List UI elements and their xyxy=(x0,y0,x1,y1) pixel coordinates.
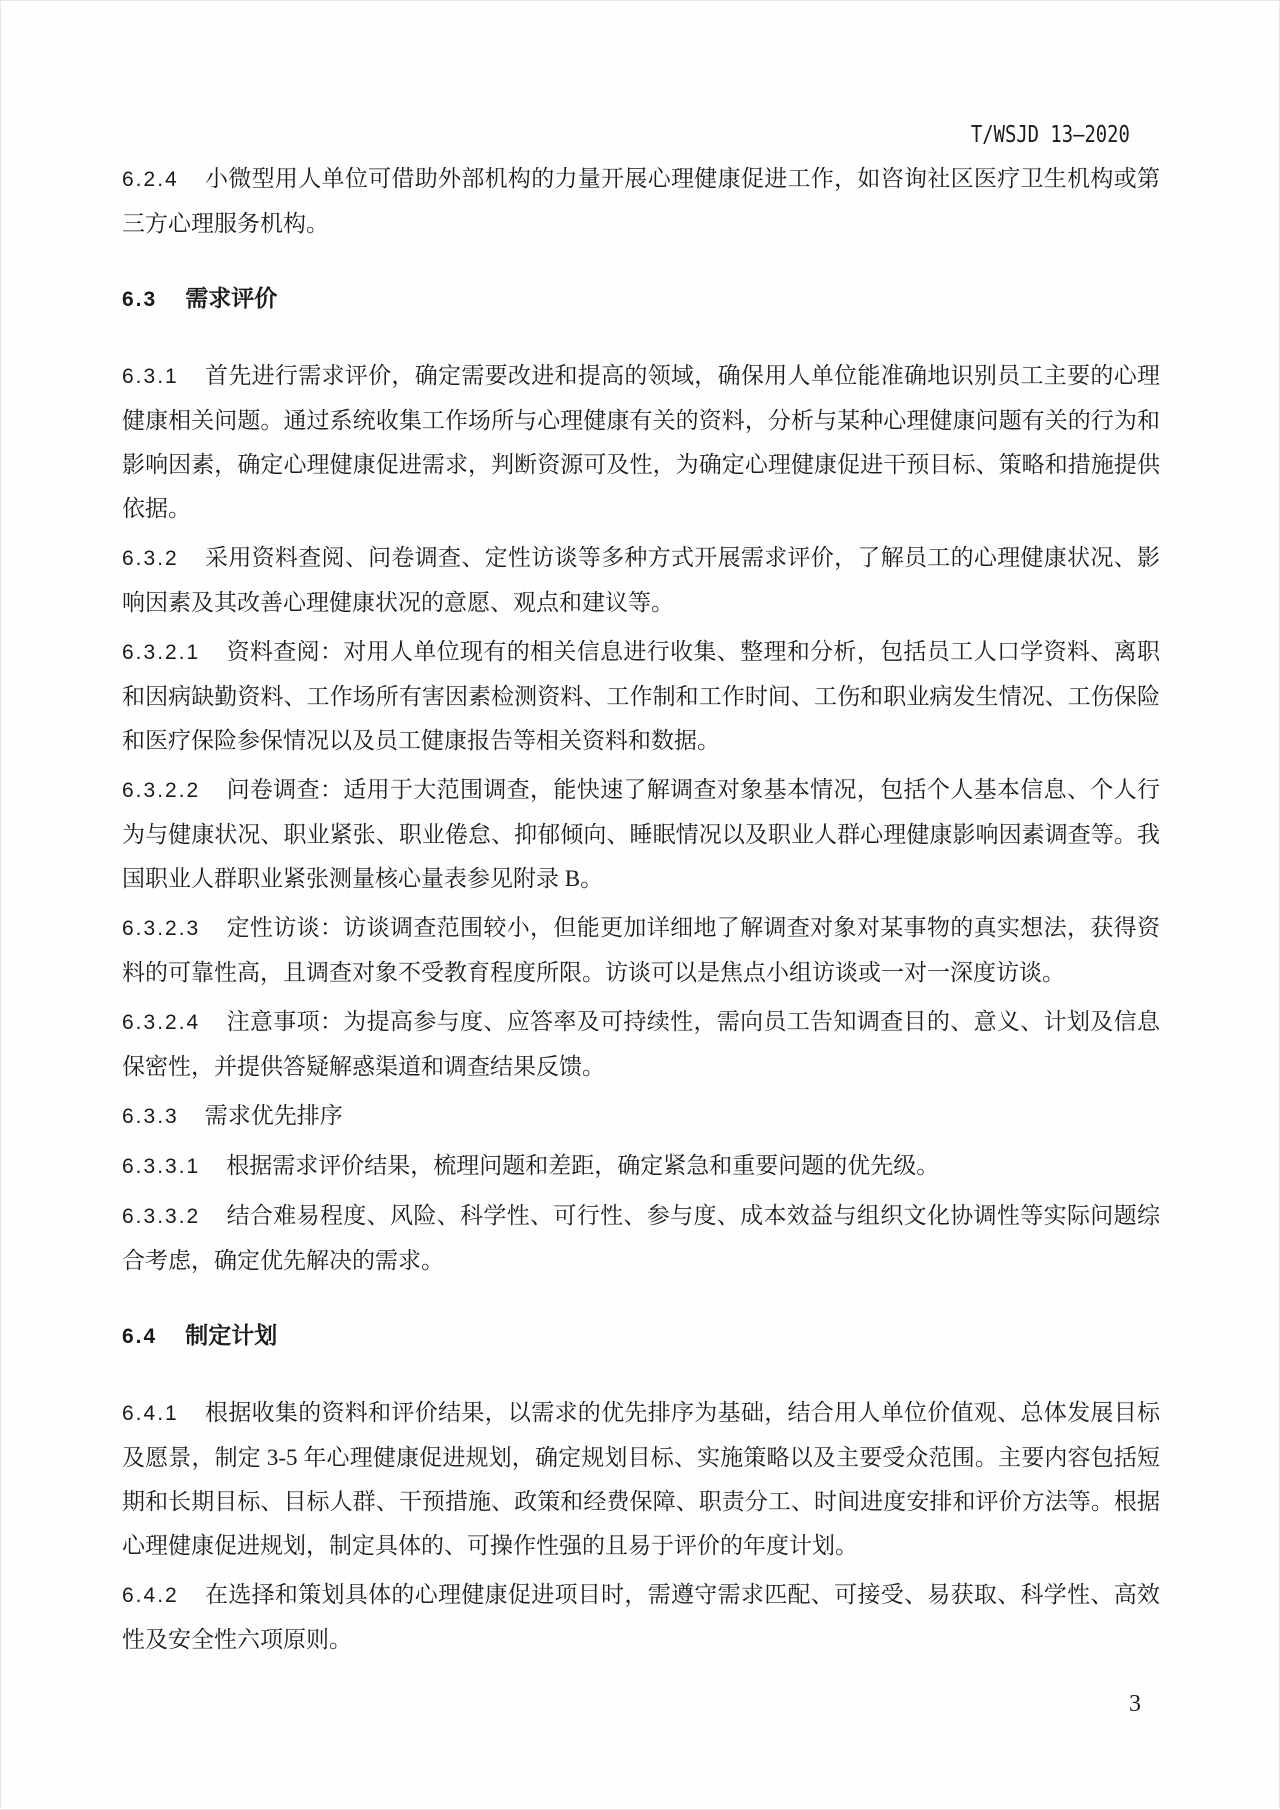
clause-6-3-3-2: 6.3.3.2结合难易程度、风险、科学性、可行性、参与度、成本效益与组织文化协调… xyxy=(122,1194,1160,1283)
clause-number: 6.3.2 xyxy=(122,547,179,570)
clause-number: 6.3.3 xyxy=(122,1105,179,1128)
standard-number: T/WSJD 13—2020 xyxy=(971,113,1130,157)
document-page: T/WSJD 13—2020 6.2.4小微型用人单位可借助外部机构的力量开展心… xyxy=(0,0,1280,1810)
clause-text: 问卷调查：适用于大范围调查，能快速了解调查对象基本情况，包括个人基本信息、个人行… xyxy=(122,777,1160,891)
clause-text: 采用资料查阅、问卷调查、定性访谈等多种方式开展需求评价，了解员工的心理健康状况、… xyxy=(122,545,1160,615)
clause-6-3-3: 6.3.3需求优先排序 xyxy=(122,1094,1160,1139)
clause-6-4-2: 6.4.2在选择和策划具体的心理健康促进项目时，需遵守需求匹配、可接受、易获取、… xyxy=(122,1573,1160,1662)
clause-number: 6.3.3.1 xyxy=(122,1155,200,1178)
clause-6-3-2-3: 6.3.2.3定性访谈：访谈调查范围较小，但能更加详细地了解调查对象对某事物的真… xyxy=(122,906,1160,995)
clause-6-3-2-2: 6.3.2.2问卷调查：适用于大范围调查，能快速了解调查对象基本情况，包括个人基… xyxy=(122,768,1160,901)
clause-6-3-2-4: 6.3.2.4注意事项：为提高参与度、应答率及可持续性，需向员工告知调查目的、意… xyxy=(122,1000,1160,1089)
section-number: 6.3 xyxy=(122,288,157,311)
clause-6-3-2-1: 6.3.2.1资料查阅：对用人单位现有的相关信息进行收集、整理和分析，包括员工人… xyxy=(122,630,1160,763)
clause-number: 6.3.2.4 xyxy=(122,1011,200,1034)
clause-number: 6.3.3.2 xyxy=(122,1205,200,1228)
clause-text: 需求优先排序 xyxy=(205,1103,343,1128)
clause-number: 6.2.4 xyxy=(122,168,179,191)
page-number: 3 xyxy=(122,1682,1160,1726)
section-heading-6-3: 6.3需求评价 xyxy=(122,276,1160,322)
document-header: T/WSJD 13—2020 xyxy=(122,113,1160,157)
section-heading-6-4: 6.4制定计划 xyxy=(122,1313,1160,1359)
section-number: 6.4 xyxy=(122,1325,157,1348)
clause-text: 结合难易程度、风险、科学性、可行性、参与度、成本效益与组织文化协调性等实际问题综… xyxy=(122,1203,1160,1273)
clause-number: 6.3.2.3 xyxy=(122,917,200,940)
clause-text: 小微型用人单位可借助外部机构的力量开展心理健康促进工作，如咨询社区医疗卫生机构或… xyxy=(122,166,1160,236)
clause-6-3-3-1: 6.3.3.1根据需求评价结果，梳理问题和差距，确定紧急和重要问题的优先级。 xyxy=(122,1144,1160,1189)
clause-text: 注意事项：为提高参与度、应答率及可持续性，需向员工告知调查目的、意义、计划及信息… xyxy=(122,1009,1160,1079)
section-title: 需求评价 xyxy=(185,285,277,311)
clause-number: 6.3.1 xyxy=(122,365,179,388)
clause-text: 首先进行需求评价，确定需要改进和提高的领域，确保用人单位能准确地识别员工主要的心… xyxy=(122,363,1160,521)
section-title: 制定计划 xyxy=(185,1322,277,1348)
clause-6-4-1: 6.4.1根据收集的资料和评价结果，以需求的优先排序为基础，结合用人单位价值观、… xyxy=(122,1391,1160,1568)
clause-6-3-2: 6.3.2采用资料查阅、问卷调查、定性访谈等多种方式开展需求评价，了解员工的心理… xyxy=(122,536,1160,625)
clause-6-2-4: 6.2.4小微型用人单位可借助外部机构的力量开展心理健康促进工作，如咨询社区医疗… xyxy=(122,157,1160,246)
clause-number: 6.4.2 xyxy=(122,1584,179,1607)
clause-text: 资料查阅：对用人单位现有的相关信息进行收集、整理和分析，包括员工人口学资料、离职… xyxy=(122,639,1160,753)
clause-6-3-1: 6.3.1首先进行需求评价，确定需要改进和提高的领域，确保用人单位能准确地识别员… xyxy=(122,354,1160,531)
clause-text: 定性访谈：访谈调查范围较小，但能更加详细地了解调查对象对某事物的真实想法，获得资… xyxy=(122,915,1160,985)
clause-text: 根据收集的资料和评价结果，以需求的优先排序为基础，结合用人单位价值观、总体发展目… xyxy=(122,1400,1160,1558)
clause-text: 根据需求评价结果，梳理问题和差距，确定紧急和重要问题的优先级。 xyxy=(226,1153,939,1178)
clause-text: 在选择和策划具体的心理健康促进项目时，需遵守需求匹配、可接受、易获取、科学性、高… xyxy=(122,1582,1160,1652)
clause-number: 6.3.2.2 xyxy=(122,779,200,802)
clause-number: 6.3.2.1 xyxy=(122,641,200,664)
clause-number: 6.4.1 xyxy=(122,1402,179,1425)
